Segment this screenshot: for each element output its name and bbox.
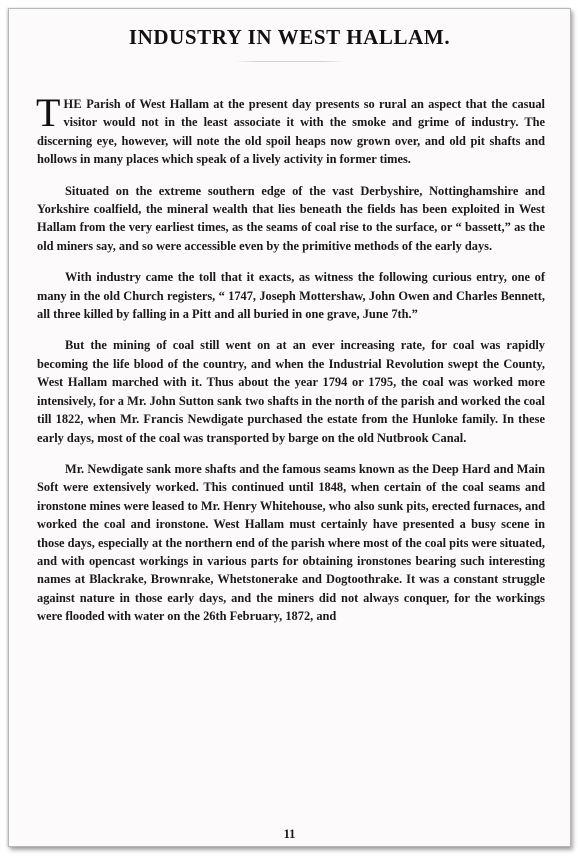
paragraph-3: With industry came the toll that it exac… bbox=[37, 268, 545, 323]
title-divider bbox=[235, 61, 345, 62]
lead-word: HE bbox=[63, 97, 82, 111]
paragraph-2: Situated on the extreme southern edge of… bbox=[37, 182, 545, 256]
article-body: THE Parish of West Hallam at the present… bbox=[37, 95, 545, 639]
page-number: 11 bbox=[9, 827, 570, 842]
paragraph-4: But the mining of coal still went on at … bbox=[37, 336, 545, 446]
paragraph-text: Parish of West Hallam at the present day… bbox=[37, 97, 545, 166]
paragraph-5: Mr. Newdigate sank more shafts and the f… bbox=[37, 460, 545, 626]
drop-cap: T bbox=[36, 97, 60, 129]
paragraph-1: THE Parish of West Hallam at the present… bbox=[37, 95, 545, 169]
page-title: INDUSTRY IN WEST HALLAM. bbox=[9, 25, 570, 50]
document-page: INDUSTRY IN WEST HALLAM. THE Parish of W… bbox=[8, 8, 571, 847]
